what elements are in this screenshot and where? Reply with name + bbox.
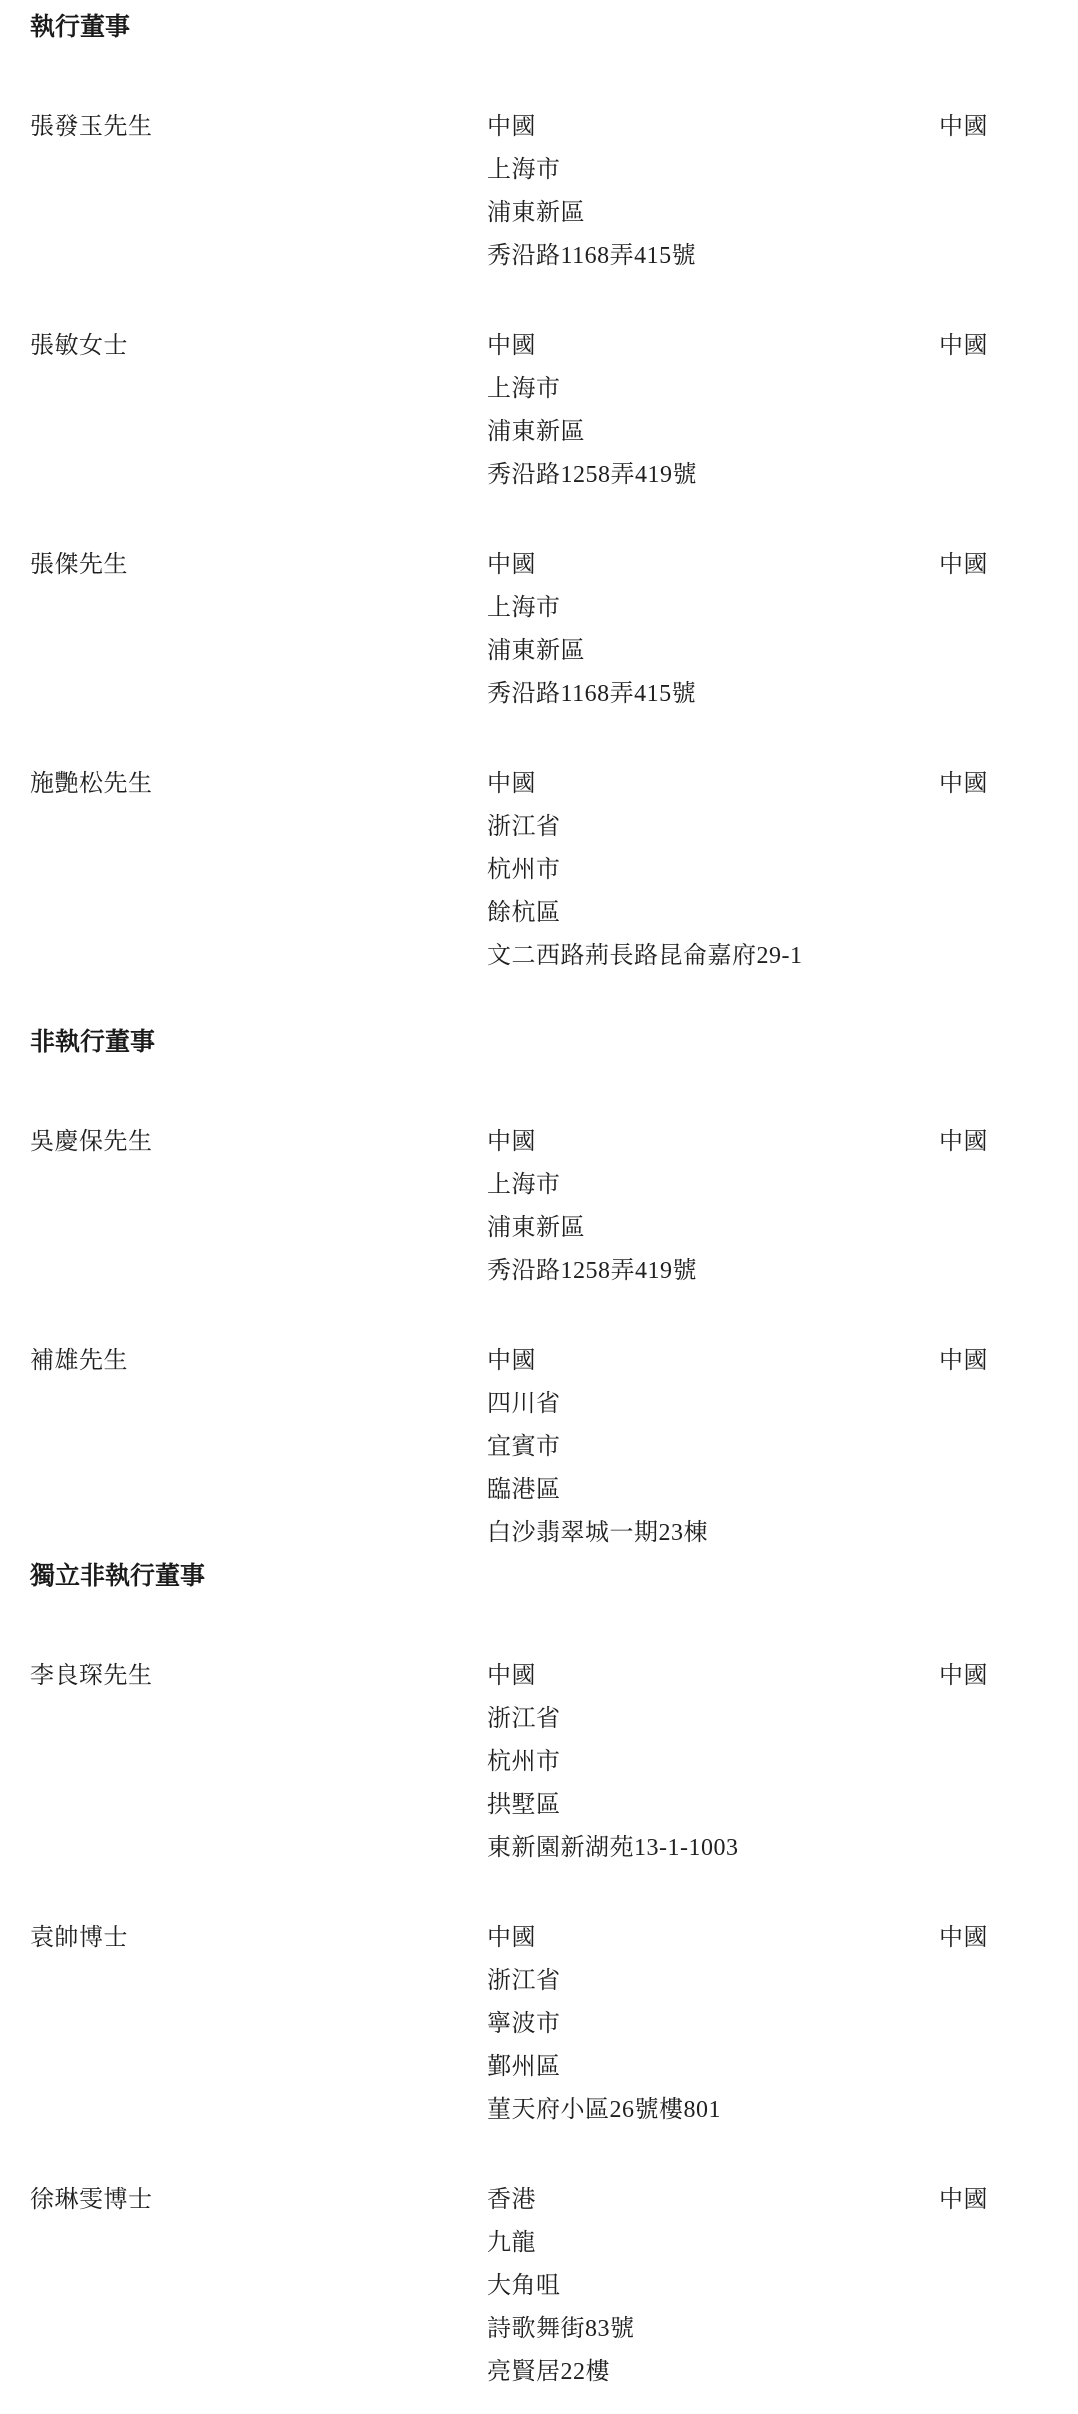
address-line: 白沙翡翠城一期23棟 [487,1512,939,1555]
director-name: 張傑先生 [30,544,487,587]
director-row: 施艷松先生 中國浙江省杭州市餘杭區文二西路荊長路昆侖嘉府29-1 中國 [30,763,1048,978]
address-line: 菫天府小區26號樓801 [487,2089,939,2132]
address-line: 上海市 [487,1164,939,1207]
section-rows: 李良琛先生 中國浙江省杭州市拱墅區東新園新湖苑13-1-1003 中國 袁帥博士… [30,1655,1048,2394]
director-nationality: 中國 [939,1121,1048,1164]
director-nationality: 中國 [939,325,1048,368]
section-header: 獨立非執行董事 [30,1559,1048,1593]
director-row: 張敏女士 中國上海市浦東新區秀沿路1258弄419號 中國 [30,325,1048,497]
address-line: 中國 [487,544,939,587]
address-line: 九龍 [487,2222,939,2265]
director-section: 執行董事 張發玉先生 中國上海市浦東新區秀沿路1168弄415號 中國 張敏女士… [30,10,1048,978]
director-name: 施艷松先生 [30,763,487,806]
address-line: 鄞州區 [487,2046,939,2089]
director-name: 張敏女士 [30,325,487,368]
director-name: 徐琳雯博士 [30,2179,487,2222]
address-line: 亮賢居22樓 [487,2351,939,2394]
director-name: 張發玉先生 [30,106,487,149]
address-line: 中國 [487,1340,939,1383]
address-line: 中國 [487,325,939,368]
section-rows: 吳慶保先生 中國上海市浦東新區秀沿路1258弄419號 中國 補雄先生 中國四川… [30,1121,1048,1555]
director-nationality: 中國 [939,1340,1048,1383]
director-section: 獨立非執行董事 李良琛先生 中國浙江省杭州市拱墅區東新園新湖苑13-1-1003… [30,1559,1048,2394]
director-address: 香港九龍大角咀詩歌舞街83號亮賢居22樓 [487,2179,939,2394]
address-line: 東新園新湖苑13-1-1003 [487,1827,939,1870]
address-line: 浦東新區 [487,411,939,454]
address-line: 中國 [487,1917,939,1960]
address-line: 浙江省 [487,806,939,849]
address-line: 臨港區 [487,1469,939,1512]
director-nationality: 中國 [939,544,1048,587]
address-line: 寧波市 [487,2003,939,2046]
director-nationality: 中國 [939,763,1048,806]
sections-container: 執行董事 張發玉先生 中國上海市浦東新區秀沿路1168弄415號 中國 張敏女士… [30,10,1048,2394]
address-line: 詩歌舞街83號 [487,2308,939,2351]
director-row: 吳慶保先生 中國上海市浦東新區秀沿路1258弄419號 中國 [30,1121,1048,1293]
directors-list-page: 執行董事 張發玉先生 中國上海市浦東新區秀沿路1168弄415號 中國 張敏女士… [0,0,1078,2414]
director-address: 中國浙江省寧波市鄞州區菫天府小區26號樓801 [487,1917,939,2132]
section-header: 非執行董事 [30,1025,1048,1059]
address-line: 餘杭區 [487,892,939,935]
director-row: 袁帥博士 中國浙江省寧波市鄞州區菫天府小區26號樓801 中國 [30,1917,1048,2132]
address-line: 拱墅區 [487,1784,939,1827]
director-name: 吳慶保先生 [30,1121,487,1164]
director-row: 張發玉先生 中國上海市浦東新區秀沿路1168弄415號 中國 [30,106,1048,278]
address-line: 上海市 [487,587,939,630]
director-nationality: 中國 [939,106,1048,149]
address-line: 秀沿路1168弄415號 [487,673,939,716]
director-name: 李良琛先生 [30,1655,487,1698]
director-address: 中國上海市浦東新區秀沿路1168弄415號 [487,106,939,278]
address-line: 浦東新區 [487,630,939,673]
address-line: 杭州市 [487,1741,939,1784]
director-row: 張傑先生 中國上海市浦東新區秀沿路1168弄415號 中國 [30,544,1048,716]
director-nationality: 中國 [939,1917,1048,1960]
address-line: 秀沿路1168弄415號 [487,235,939,278]
director-name: 補雄先生 [30,1340,487,1383]
address-line: 杭州市 [487,849,939,892]
director-row: 補雄先生 中國四川省宜賓市臨港區白沙翡翠城一期23棟 中國 [30,1340,1048,1555]
director-nationality: 中國 [939,2179,1048,2222]
address-line: 中國 [487,1655,939,1698]
director-section: 非執行董事 吳慶保先生 中國上海市浦東新區秀沿路1258弄419號 中國 補雄先… [30,1025,1048,1555]
address-line: 香港 [487,2179,939,2222]
address-line: 上海市 [487,149,939,192]
address-line: 浦東新區 [487,192,939,235]
section-header: 執行董事 [30,10,1048,44]
address-line: 四川省 [487,1383,939,1426]
address-line: 中國 [487,763,939,806]
address-line: 秀沿路1258弄419號 [487,1250,939,1293]
address-line: 浦東新區 [487,1207,939,1250]
section-rows: 張發玉先生 中國上海市浦東新區秀沿路1168弄415號 中國 張敏女士 中國上海… [30,106,1048,978]
director-address: 中國浙江省杭州市拱墅區東新園新湖苑13-1-1003 [487,1655,939,1870]
address-line: 中國 [487,106,939,149]
director-address: 中國上海市浦東新區秀沿路1258弄419號 [487,325,939,497]
director-address: 中國上海市浦東新區秀沿路1168弄415號 [487,544,939,716]
director-row: 李良琛先生 中國浙江省杭州市拱墅區東新園新湖苑13-1-1003 中國 [30,1655,1048,1870]
director-row: 徐琳雯博士 香港九龍大角咀詩歌舞街83號亮賢居22樓 中國 [30,2179,1048,2394]
address-line: 大角咀 [487,2265,939,2308]
director-address: 中國上海市浦東新區秀沿路1258弄419號 [487,1121,939,1293]
address-line: 文二西路荊長路昆侖嘉府29-1 [487,935,939,978]
address-line: 秀沿路1258弄419號 [487,454,939,497]
director-address: 中國四川省宜賓市臨港區白沙翡翠城一期23棟 [487,1340,939,1555]
address-line: 浙江省 [487,1698,939,1741]
director-address: 中國浙江省杭州市餘杭區文二西路荊長路昆侖嘉府29-1 [487,763,939,978]
address-line: 浙江省 [487,1960,939,2003]
director-nationality: 中國 [939,1655,1048,1698]
director-name: 袁帥博士 [30,1917,487,1960]
address-line: 宜賓市 [487,1426,939,1469]
address-line: 上海市 [487,368,939,411]
address-line: 中國 [487,1121,939,1164]
